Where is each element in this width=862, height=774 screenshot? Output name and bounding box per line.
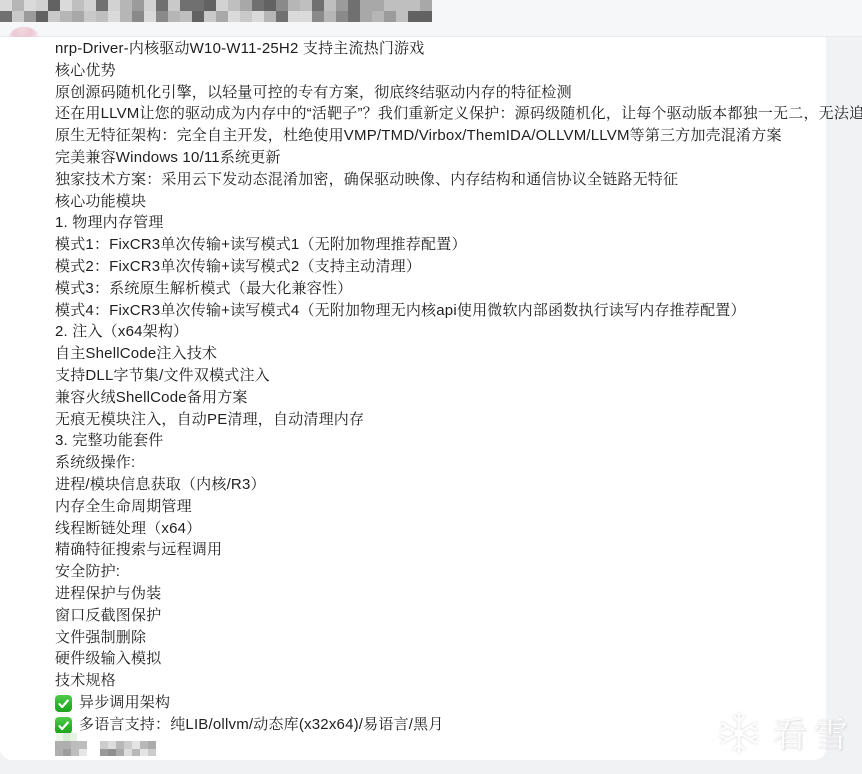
- post-line: 安全防护:: [55, 561, 802, 583]
- post-line: 多语言支持：纯LIB/ollvm/动态库(x32x64)/易语言/黑月: [55, 714, 802, 736]
- message-bubble: nrp-Driver-内核驱动W10-W11-25H2 支持主流热门游戏 核心优…: [0, 37, 826, 760]
- post-line-text: 1. 物理内存管理: [55, 214, 163, 231]
- redacted-header-text: [0, 0, 432, 22]
- post-line: 窗口反截图保护: [55, 605, 802, 627]
- redacted-signature-2: [100, 741, 163, 756]
- post-line: 进程保护与伪装: [55, 583, 802, 605]
- post-line-text: 精确特征搜索与远程调用: [55, 541, 222, 558]
- post-line: 精确特征搜索与远程调用: [55, 539, 802, 561]
- post-line: 支持DLL字节集/文件双模式注入: [55, 365, 802, 387]
- post-line: 还在用LLVM让您的驱动成为内存中的“活靶子”？我们重新定义保护：源码级随机化，…: [55, 103, 802, 125]
- post-line-text: 还在用LLVM让您的驱动成为内存中的“活靶子”？我们重新定义保护：源码级随机化，…: [55, 105, 862, 122]
- redacted-fragment: [56, 733, 82, 741]
- post-line: 原创源码随机化引擎，以轻量可控的专有方案，彻底终结驱动内存的特征检测: [55, 82, 802, 104]
- post-line: 系统级操作:: [55, 452, 802, 474]
- post-line: 文件强制删除: [55, 627, 802, 649]
- post-line: 自主ShellCode注入技术: [55, 343, 802, 365]
- post-line-text: 线程断链处理（x64）: [55, 520, 201, 537]
- post-line: 技术规格: [55, 670, 802, 692]
- post-line: 独家技术方案：采用云下发动态混淆加密，确保驱动映像、内存结构和通信协议全链路无特…: [55, 169, 802, 191]
- post-line: 原生无特征架构：完全自主开发，杜绝使用VMP/TMD/Virbox/ThemID…: [55, 125, 802, 147]
- post-line-text: 文件强制删除: [55, 629, 146, 646]
- post-line: 模式1：FixCR3单次传输+读写模式1（无附加物理推荐配置）: [55, 234, 802, 256]
- post-line: 无痕无模块注入，自动PE清理，自动清理内存: [55, 409, 802, 431]
- post-line: 模式3：系统原生解析模式（最大化兼容性）: [55, 278, 802, 300]
- post-line: 线程断链处理（x64）: [55, 518, 802, 540]
- post-line: 模式2：FixCR3单次传输+读写模式2（支持主动清理）: [55, 256, 802, 278]
- post-line: 核心功能模块: [55, 191, 802, 213]
- check-mark-icon: [55, 695, 72, 712]
- post-line-text: 原创源码随机化引擎，以轻量可控的专有方案，彻底终结驱动内存的特征检测: [55, 84, 572, 101]
- post-line: 进程/模块信息获取（内核/R3）: [55, 474, 802, 496]
- post-line-text: 进程/模块信息获取（内核/R3）: [55, 476, 266, 493]
- post-line-text: 支持DLL字节集/文件双模式注入: [55, 367, 270, 384]
- post-line-text: 异步调用架构: [79, 694, 170, 711]
- post-line-text: 独家技术方案：采用云下发动态混淆加密，确保驱动映像、内存结构和通信协议全链路无特…: [55, 171, 678, 188]
- post-line: 模式4：FixCR3单次传输+读写模式4（无附加物理无内核api使用微软内部函数…: [55, 300, 802, 322]
- post-line: 硬件级输入模拟: [55, 648, 802, 670]
- post-line-text: 原生无特征架构：完全自主开发，杜绝使用VMP/TMD/Virbox/ThemID…: [55, 127, 782, 144]
- post-line: 3. 完整功能套件: [55, 430, 802, 452]
- post-title: nrp-Driver-内核驱动W10-W11-25H2 支持主流热门游戏: [55, 38, 802, 60]
- post-line-text: 2. 注入（x64架构）: [55, 323, 188, 340]
- post-line-text: 系统级操作:: [55, 454, 135, 471]
- post-line-text: 模式3：系统原生解析模式（最大化兼容性）: [55, 280, 352, 297]
- post-line-text: 兼容火绒ShellCode备用方案: [55, 389, 248, 406]
- post-line-text: 模式4：FixCR3单次传输+读写模式4（无附加物理无内核api使用微软内部函数…: [55, 302, 746, 319]
- post-line: 1. 物理内存管理: [55, 212, 802, 234]
- post-line-text: 安全防护:: [55, 563, 120, 580]
- post-line-text: 内存全生命周期管理: [55, 498, 192, 515]
- post-line-text: 多语言支持：纯LIB/ollvm/动态库(x32x64)/易语言/黑月: [79, 716, 444, 733]
- post-line: 内存全生命周期管理: [55, 496, 802, 518]
- post-line: 兼容火绒ShellCode备用方案: [55, 387, 802, 409]
- check-mark-icon: [55, 717, 72, 734]
- post-line-text: 模式2：FixCR3单次传输+读写模式2（支持主动清理）: [55, 258, 421, 275]
- post-line-text: 核心功能模块: [55, 193, 146, 210]
- post-line: 核心优势: [55, 60, 802, 82]
- post-line-text: 3. 完整功能套件: [55, 432, 163, 449]
- post-content: nrp-Driver-内核驱动W10-W11-25H2 支持主流热门游戏 核心优…: [0, 37, 826, 736]
- post-line-text: 完美兼容Windows 10/11系统更新: [55, 149, 281, 166]
- post-line-text: 进程保护与伪装: [55, 585, 161, 602]
- redacted-signature-1: [55, 741, 91, 756]
- post-line-text: 模式1：FixCR3单次传输+读写模式1（无附加物理推荐配置）: [55, 236, 467, 253]
- post-line-text: 核心优势: [55, 62, 116, 79]
- post-line: 异步调用架构: [55, 692, 802, 714]
- post-line: 2. 注入（x64架构）: [55, 321, 802, 343]
- post-line-text: 窗口反截图保护: [55, 607, 161, 624]
- post-line-text: 自主ShellCode注入技术: [55, 345, 217, 362]
- post-line: 完美兼容Windows 10/11系统更新: [55, 147, 802, 169]
- post-line-text: 无痕无模块注入，自动PE清理，自动清理内存: [55, 411, 364, 428]
- post-line-text: 技术规格: [55, 672, 116, 689]
- post-lines: 核心优势原创源码随机化引擎，以轻量可控的专有方案，彻底终结驱动内存的特征检测还在…: [55, 60, 802, 736]
- post-line-text: 硬件级输入模拟: [55, 650, 161, 667]
